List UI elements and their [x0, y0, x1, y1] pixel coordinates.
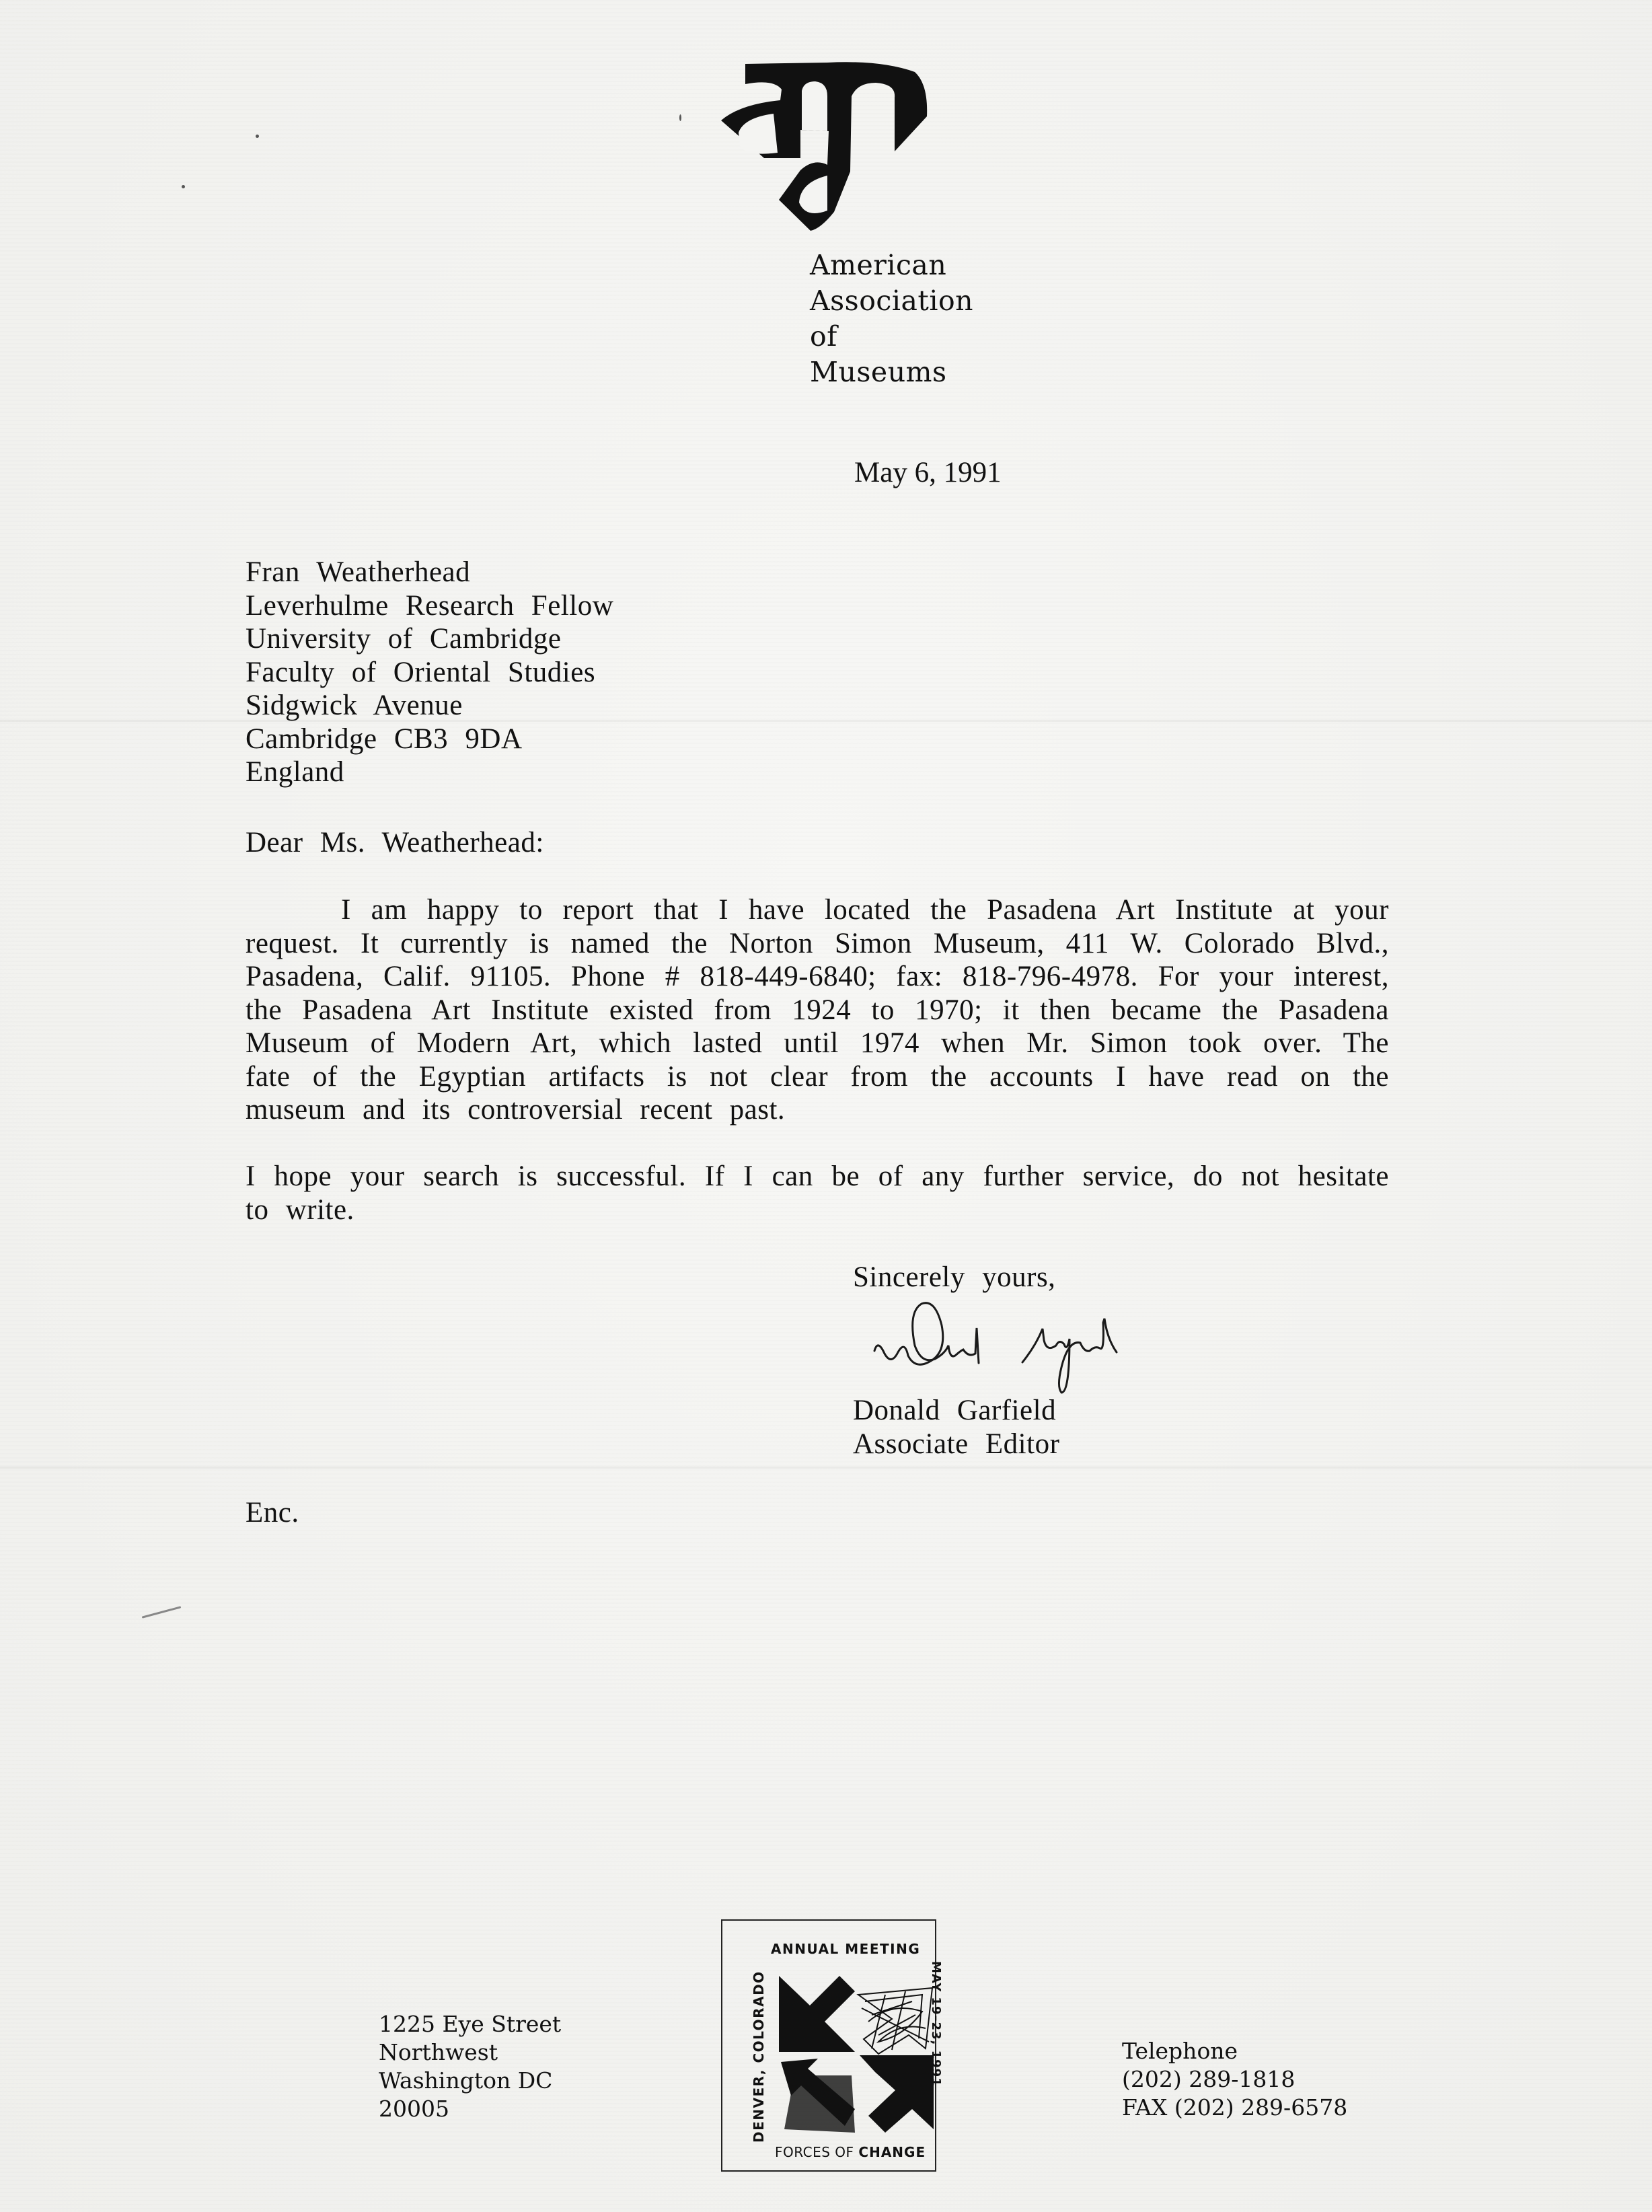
recipient-line: Sidgwick Avenue [246, 689, 613, 723]
badge-location: DENVER, COLORADO [751, 1970, 767, 2143]
org-name-line: Museums [810, 355, 973, 390]
paper-fold-line [0, 1467, 1652, 1469]
letter-date: May 6, 1991 [854, 456, 1002, 489]
footer-address-line: Northwest [379, 2038, 561, 2067]
footer-address-line: 1225 Eye Street [379, 2010, 561, 2038]
aam-logo-icon [720, 57, 935, 232]
four-arrows-artwork-icon [778, 1975, 936, 2136]
footer-phone-number: (202) 289-1818 [1122, 2065, 1347, 2094]
signer-name: Donald Garfield [853, 1394, 1059, 1428]
footer-fax-number: FAX (202) 289-6578 [1122, 2094, 1347, 2122]
badge-slogan: FORCES OF CHANGE [775, 2144, 926, 2160]
recipient-line: Cambridge CB3 9DA [246, 723, 613, 756]
org-name-line: Association [810, 283, 973, 319]
body-paragraph: I am happy to report that I have located… [246, 893, 1389, 1127]
footer-address: 1225 Eye Street Northwest Washington DC … [379, 2010, 561, 2123]
closing: Sincerely yours, [853, 1261, 1055, 1294]
signer-block: Donald Garfield Associate Editor [853, 1394, 1059, 1461]
footer-address-line: 20005 [379, 2095, 561, 2123]
recipient-line: Faculty of Oriental Studies [246, 656, 613, 690]
salutation: Dear Ms. Weatherhead: [246, 826, 544, 860]
annual-meeting-badge: ANNUAL MEETING DENVER, COLORADO MAY 19–2… [721, 1919, 936, 2172]
recipient-name: Fran Weatherhead [246, 556, 613, 589]
recipient-country: England [246, 755, 613, 789]
badge-slogan-light: FORCES OF [775, 2144, 854, 2160]
recipient-title: Leverhulme Research Fellow [246, 589, 613, 623]
paper-speck [256, 135, 259, 138]
org-name-line: American [810, 248, 973, 283]
body-paragraph: I hope your search is successful. If I c… [246, 1160, 1389, 1226]
footer-contact: Telephone (202) 289-1818 FAX (202) 289-6… [1122, 2037, 1347, 2122]
recipient-line: University of Cambridge [246, 622, 613, 656]
organization-name: American Association of Museums [810, 248, 973, 390]
badge-title: ANNUAL MEETING [771, 1941, 920, 1957]
signer-title: Associate Editor [853, 1428, 1059, 1461]
org-name-line: of [810, 319, 973, 355]
enclosure-note: Enc. [246, 1496, 299, 1530]
paper-speck [679, 114, 681, 121]
paper-speck [182, 185, 185, 188]
recipient-address: Fran Weatherhead Leverhulme Research Fel… [246, 556, 613, 789]
badge-slogan-bold: CHANGE [858, 2144, 926, 2160]
footer-address-line: Washington DC [379, 2067, 561, 2095]
footer-phone-label: Telephone [1122, 2037, 1347, 2065]
